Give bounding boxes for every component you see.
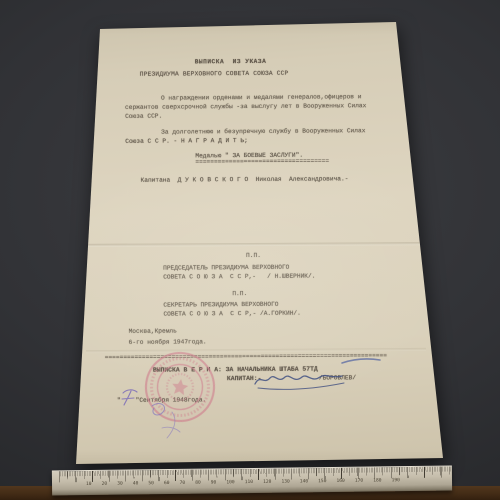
ruler-number: 60 xyxy=(164,481,170,486)
ruler-number: 50 xyxy=(148,481,154,486)
ruler-number: 20 xyxy=(102,482,108,487)
ruler-number: 30 xyxy=(117,482,123,487)
doc-header-line2: ПРЕЗИДИУМА ВЕРХОВНОГО СОВЕТА СОЮЗА ССР xyxy=(140,70,289,78)
document-paper: ВЫПИСКА ИЗ УКАЗА ПРЕЗИДИУМА ВЕРХОВНОГО С… xyxy=(0,0,500,500)
ruler-number: 160 xyxy=(336,479,344,484)
doc-header-line1: ВЫПИСКА ИЗ УКАЗА xyxy=(195,58,267,65)
ruler-number: 40 xyxy=(133,481,139,486)
ruler-number: 110 xyxy=(245,480,253,485)
ink-signature xyxy=(252,369,348,393)
ruler-number: 170 xyxy=(355,479,363,484)
paper-wrap: ВЫПИСКА ИЗ УКАЗА ПРЕЗИДИУМА ВЕРХОВНОГО С… xyxy=(0,0,500,500)
ruler-number: 150 xyxy=(318,479,326,484)
handwritten-day xyxy=(118,387,142,407)
handwritten-scribble xyxy=(142,398,196,446)
ruler-number: 80 xyxy=(195,481,201,486)
ruler-number: 120 xyxy=(263,480,271,485)
ruler-number: 140 xyxy=(300,479,308,484)
doc-secretary-title2: СОВЕТА С О Ю З А С С Р,- /А.ГОРКИН/. xyxy=(163,310,300,318)
photo-scene: ВЫПИСКА ИЗ УКАЗА ПРЕЗИДИУМА ВЕРХОВНОГО С… xyxy=(0,0,500,500)
doc-subject-line1: О награждении орденами и медалями генера… xyxy=(161,93,362,101)
doc-chairman-title1: ПРЕДСЕДАТЕЛЬ ПРЕЗИДИУМА ВЕРХОВНОГО xyxy=(163,264,289,272)
doc-secretary-title1: СЕКРЕТАРЬ ПРЕЗИДИУМА ВЕРХОВНОГО xyxy=(163,301,278,309)
typed-text-layer: ВЫПИСКА ИЗ УКАЗА ПРЕЗИДИУМА ВЕРХОВНОГО С… xyxy=(0,0,500,500)
ruler-number: 90 xyxy=(211,480,217,485)
ruler: 10 20 30 40 50 60 70 80 90 100 110 120 1… xyxy=(52,466,452,496)
doc-recipient-line: Капитана Д У К О В С К О Г О Николая Але… xyxy=(140,175,348,183)
doc-subject-line3: Союза ССР. xyxy=(125,113,162,120)
doc-place-line: Москва,Кремль xyxy=(129,328,177,335)
ruler-number: 190 xyxy=(392,478,400,483)
ruler-number: 70 xyxy=(180,481,186,486)
doc-resolution-line2: Союза С С Р. - Н А Г Р А Д И Т Ь; xyxy=(125,137,248,145)
doc-resolution-line1: За долголетнюю и безупречную службу в Во… xyxy=(161,127,365,135)
ruler-number: 100 xyxy=(226,480,234,485)
doc-date-line: 6-го ноября 1947года. xyxy=(129,338,207,346)
blue-ink-mark xyxy=(340,355,382,367)
doc-chairman-title2: СОВЕТА С О Ю З А С С Р,- / Н.ШВЕРНИК/. xyxy=(163,273,315,281)
doc-medal-underline: ==================================== xyxy=(195,157,329,165)
ruler-number: 130 xyxy=(281,480,289,485)
ruler-number: 180 xyxy=(373,478,381,483)
doc-pp1: П.П. xyxy=(246,252,261,259)
doc-pp2: П.П. xyxy=(232,290,247,297)
doc-subject-line2: сержантов сверхсрочной службы -за выслуг… xyxy=(125,102,366,111)
ruler-number: 10 xyxy=(86,482,92,487)
